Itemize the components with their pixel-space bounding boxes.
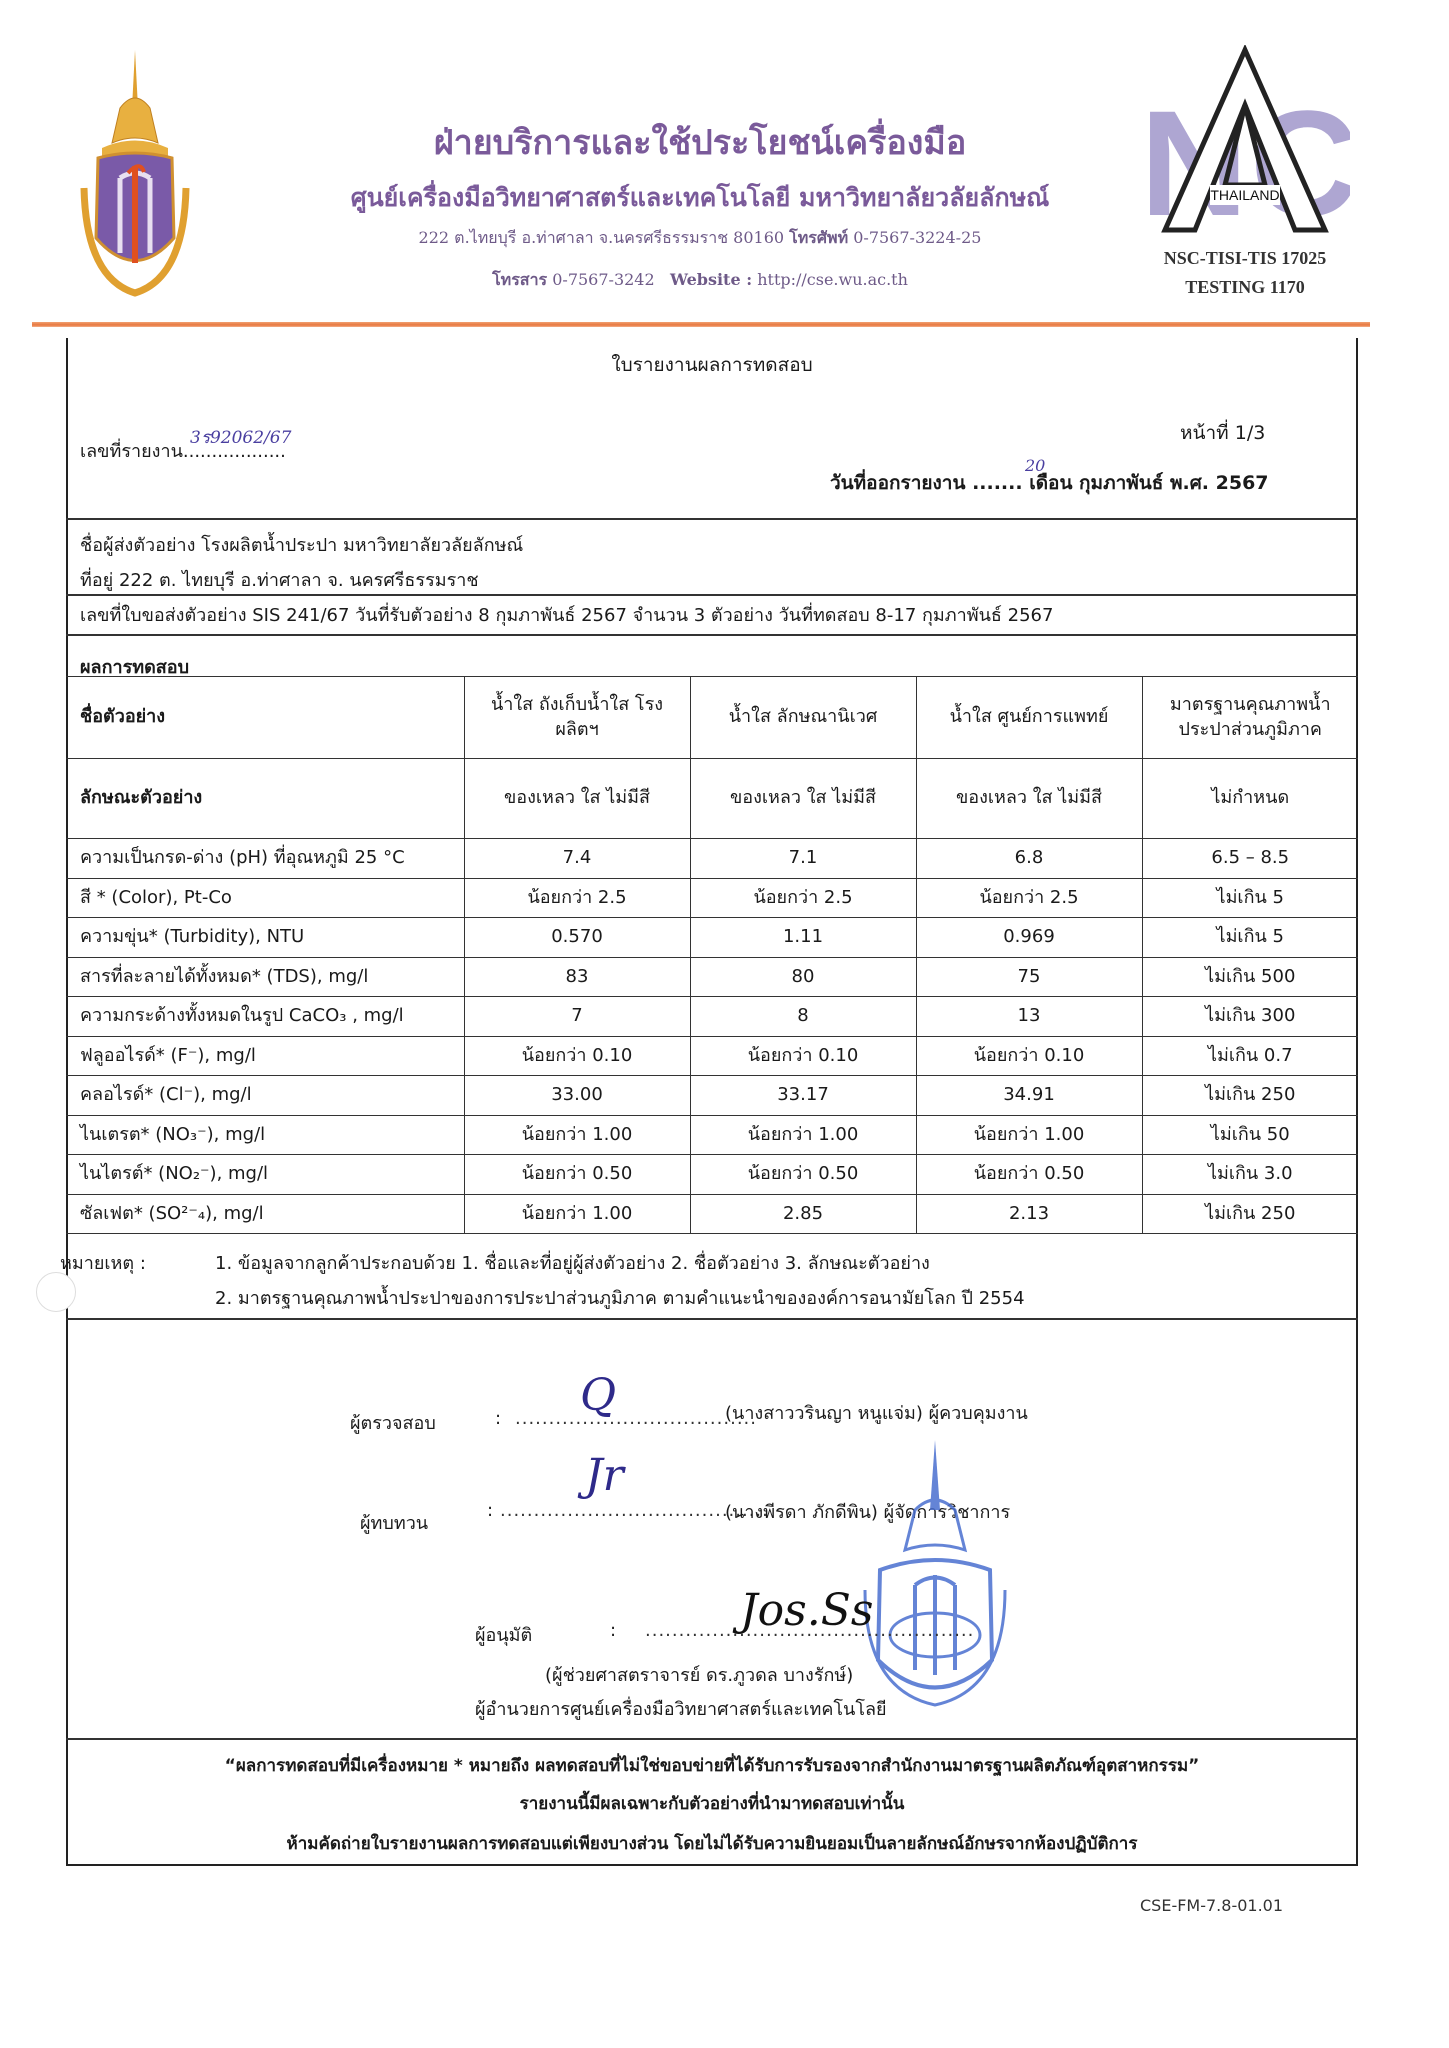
sample-2-value: 1.11 — [690, 918, 916, 958]
issue-date: วันที่ออกรายงาน ....... เดือน กุมภาพันธ์… — [830, 468, 1269, 498]
table-row: ความขุ่น* (Turbidity), NTU0.5701.110.969… — [66, 918, 1358, 958]
document-title: ใบรายงานผลการทดสอบ — [66, 350, 1358, 380]
accreditation-standard: NSC-TISI-TIS 17025 — [1120, 248, 1370, 269]
sample-3-value: น้อยกว่า 1.00 — [916, 1115, 1142, 1155]
center-contact: โทรสาร 0-7567-3242 Website : http://cse.… — [300, 268, 1100, 293]
parameter-name: ความเป็นกรด-ด่าง (pH) ที่อุณหภูมิ 25 °C — [66, 839, 464, 879]
divider — [66, 1318, 1358, 1320]
sample-3-value: น้อยกว่า 0.50 — [916, 1155, 1142, 1195]
sample-2-value: 2.85 — [690, 1194, 916, 1234]
sample-request-info: เลขที่ใบขอส่งตัวอย่าง SIS 241/67 วันที่ร… — [80, 600, 1053, 629]
header-sample-name: ชื่อตัวอย่าง — [66, 677, 464, 759]
sample-2-value: น้อยกว่า 0.10 — [690, 1036, 916, 1076]
header-standard: มาตรฐานคุณภาพน้ำ ประปาส่วนภูมิภาค — [1142, 677, 1358, 759]
sample-2-value: 8 — [690, 997, 916, 1037]
svg-text:THAILAND: THAILAND — [1210, 187, 1279, 203]
approver-role: ผู้อนุมัติ — [475, 1620, 532, 1649]
divider — [66, 634, 1358, 636]
sender-address: ที่อยู่ 222 ต. ไทยบุรี อ.ท่าศาลา จ. นครศ… — [80, 565, 479, 594]
sample-3-value: 0.969 — [916, 918, 1142, 958]
center-address: 222 ต.ไทยบุรี อ.ท่าศาลา จ.นครศรีธรรมราช … — [300, 226, 1100, 251]
approver-signature: Jos.Ss — [740, 1585, 873, 1636]
reviewer-colon: : — [487, 1500, 493, 1521]
fax-number: 0-7567-3242 — [552, 270, 654, 289]
website-label: Website : — [670, 270, 752, 289]
report-number-handwritten: 3ร92062/67 — [190, 424, 291, 451]
divider — [66, 1738, 1358, 1740]
table-header-row: ชื่อตัวอย่าง น้ำใส ถังเก็บน้ำใส โรงผลิตฯ… — [66, 677, 1358, 759]
reviewer-signature: Jr — [585, 1450, 624, 1501]
issue-day-handwritten: 20 — [1025, 456, 1045, 475]
sample-3-value: น้อยกว่า 0.10 — [916, 1036, 1142, 1076]
fax-label: โทรสาร — [492, 270, 547, 289]
nac-thailand-accreditation-icon: N C THAILAND — [1140, 45, 1350, 235]
standard-value: ไม่เกิน 250 — [1142, 1076, 1358, 1116]
sample-2-value: น้อยกว่า 1.00 — [690, 1115, 916, 1155]
header-divider — [32, 322, 1370, 327]
sample-3-value: 6.8 — [916, 839, 1142, 879]
table-row: ไนไตรต์* (NO₂⁻), mg/lน้อยกว่า 0.50น้อยกว… — [66, 1155, 1358, 1195]
punch-hole — [36, 1272, 76, 1312]
validity-note: รายงานนี้มีผลเฉพาะกับตัวอย่างที่นำมาทดสอ… — [66, 1790, 1358, 1817]
remarks-label: หมายเหตุ : — [60, 1248, 146, 1277]
approver-name: (ผู้ช่วยศาสตราจารย์ ดร.ภูวดล บางรักษ์) — [545, 1660, 853, 1689]
accreditation-note: “ผลการทดสอบที่มีเครื่องหมาย * หมายถึง ผล… — [66, 1752, 1358, 1779]
sample-1-value: 7.4 — [464, 839, 690, 879]
approver-colon: : — [610, 1620, 616, 1641]
parameter-name: ไนไตรต์* (NO₂⁻), mg/l — [66, 1155, 464, 1195]
sample-3-value: 13 — [916, 997, 1142, 1037]
phone-number: 0-7567-3224-25 — [853, 228, 981, 247]
page-value: 1/3 — [1235, 422, 1266, 444]
sample-1-value: 7 — [464, 997, 690, 1037]
sample-1-value: น้อยกว่า 1.00 — [464, 1194, 690, 1234]
parameter-name: ซัลเฟต* (SO²⁻₄), mg/l — [66, 1194, 464, 1234]
reviewer-role: ผู้ทบทวน — [360, 1508, 428, 1537]
inspector-signature: Q — [580, 1370, 616, 1421]
website-link[interactable]: http://cse.wu.ac.th — [757, 270, 908, 289]
sample-2-value: น้อยกว่า 0.50 — [690, 1155, 916, 1195]
remark-item: 2. มาตรฐานคุณภาพน้ำประปาของการประปาส่วนภ… — [215, 1283, 1025, 1312]
page-label: หน้าที่ — [1180, 422, 1229, 444]
table-row: ฟลูออไรด์* (F⁻), mg/lน้อยกว่า 0.10น้อยกว… — [66, 1036, 1358, 1076]
sample-2-value: 80 — [690, 957, 916, 997]
table-row: ความกระด้างทั้งหมดในรูป CaCO₃ , mg/l7813… — [66, 997, 1358, 1037]
sample-1-value: 83 — [464, 957, 690, 997]
header-sample-3: น้ำใส ศูนย์การแพทย์ — [916, 677, 1142, 759]
results-table: ชื่อตัวอย่าง น้ำใส ถังเก็บน้ำใส โรงผลิตฯ… — [66, 676, 1358, 1234]
accreditation-testing-no: TESTING 1170 — [1120, 277, 1370, 298]
table-row: คลอไรด์* (Cl⁻), mg/l33.0033.1734.91ไม่เก… — [66, 1076, 1358, 1116]
table-row: สารที่ละลายได้ทั้งหมด* (TDS), mg/l838075… — [66, 957, 1358, 997]
page-number: หน้าที่ 1/3 — [1180, 418, 1265, 448]
standard-value: ไม่เกิน 5 — [1142, 918, 1358, 958]
sample-3-value: 2.13 — [916, 1194, 1142, 1234]
divider — [66, 518, 1358, 520]
parameter-name: ไนเตรต* (NO₃⁻), mg/l — [66, 1115, 464, 1155]
university-crest-icon — [80, 48, 190, 298]
sample-1-value: น้อยกว่า 0.10 — [464, 1036, 690, 1076]
characteristics-sample-2: ของเหลว ใส ไม่มีสี — [690, 759, 916, 839]
sample-1-value: 33.00 — [464, 1076, 690, 1116]
sample-3-value: น้อยกว่า 2.5 — [916, 878, 1142, 918]
table-row: ซัลเฟต* (SO²⁻₄), mg/lน้อยกว่า 1.002.852.… — [66, 1194, 1358, 1234]
sample-2-value: 7.1 — [690, 839, 916, 879]
copy-restriction-note: ห้ามคัดถ่ายใบรายงานผลการทดสอบแต่เพียงบาง… — [66, 1830, 1358, 1857]
university-seal-stamp-icon — [860, 1440, 1010, 1710]
inspector-signature-line: .................................... — [515, 1408, 757, 1429]
address-text: 222 ต.ไทยบุรี อ.ท่าศาลา จ.นครศรีธรรมราช … — [419, 228, 785, 247]
standard-value: ไม่เกิน 5 — [1142, 878, 1358, 918]
inspector-name: (นางสาววรินญา หนูแจ่ม) ผู้ควบคุมงาน — [725, 1398, 1028, 1427]
sample-1-value: น้อยกว่า 1.00 — [464, 1115, 690, 1155]
inspector-colon: : — [495, 1408, 501, 1429]
table-row: สี * (Color), Pt-Coน้อยกว่า 2.5น้อยกว่า … — [66, 878, 1358, 918]
phone-label: โทรศัพท์ — [789, 228, 848, 247]
standard-value: ไม่เกิน 250 — [1142, 1194, 1358, 1234]
parameter-name: ความขุ่น* (Turbidity), NTU — [66, 918, 464, 958]
parameter-name: สารที่ละลายได้ทั้งหมด* (TDS), mg/l — [66, 957, 464, 997]
standard-value: ไม่เกิน 300 — [1142, 997, 1358, 1037]
inspector-role: ผู้ตรวจสอบ — [350, 1408, 436, 1437]
characteristics-label: ลักษณะตัวอย่าง — [66, 759, 464, 839]
parameter-name: คลอไรด์* (Cl⁻), mg/l — [66, 1076, 464, 1116]
sender-name: ชื่อผู้ส่งตัวอย่าง โรงผลิตน้ำประปา มหาวิ… — [80, 530, 523, 559]
standard-value: ไม่เกิน 50 — [1142, 1115, 1358, 1155]
standard-value: 6.5 – 8.5 — [1142, 839, 1358, 879]
sample-1-value: 0.570 — [464, 918, 690, 958]
sample-3-value: 34.91 — [916, 1076, 1142, 1116]
standard-value: ไม่เกิน 0.7 — [1142, 1036, 1358, 1076]
header-sample-1: น้ำใส ถังเก็บน้ำใส โรงผลิตฯ — [464, 677, 690, 759]
sample-2-value: น้อยกว่า 2.5 — [690, 878, 916, 918]
characteristics-standard: ไม่กำหนด — [1142, 759, 1358, 839]
table-row: ความเป็นกรด-ด่าง (pH) ที่อุณหภูมิ 25 °C7… — [66, 839, 1358, 879]
sample-1-value: น้อยกว่า 0.50 — [464, 1155, 690, 1195]
header-sample-2: น้ำใส ลักษณานิเวศ — [690, 677, 916, 759]
parameter-name: ฟลูออไรด์* (F⁻), mg/l — [66, 1036, 464, 1076]
approver-title: ผู้อำนวยการศูนย์เครื่องมือวิทยาศาสตร์และ… — [475, 1694, 887, 1723]
table-row: ไนเตรต* (NO₃⁻), mg/lน้อยกว่า 1.00น้อยกว่… — [66, 1115, 1358, 1155]
standard-value: ไม่เกิน 3.0 — [1142, 1155, 1358, 1195]
center-title: ศูนย์เครื่องมือวิทยาศาสตร์และเทคโนโลยี ม… — [300, 178, 1100, 218]
characteristics-sample-3: ของเหลว ใส ไม่มีสี — [916, 759, 1142, 839]
divider — [66, 594, 1358, 596]
parameter-name: สี * (Color), Pt-Co — [66, 878, 464, 918]
sample-3-value: 75 — [916, 957, 1142, 997]
parameter-name: ความกระด้างทั้งหมดในรูป CaCO₃ , mg/l — [66, 997, 464, 1037]
standard-value: ไม่เกิน 500 — [1142, 957, 1358, 997]
sample-1-value: น้อยกว่า 2.5 — [464, 878, 690, 918]
department-title: ฝ่ายบริการและใช้ประโยชน์เครื่องมือ — [300, 115, 1100, 169]
remark-item: 1. ข้อมูลจากลูกค้าประกอบด้วย 1. ชื่อและท… — [215, 1248, 930, 1277]
characteristics-sample-1: ของเหลว ใส ไม่มีสี — [464, 759, 690, 839]
form-code: CSE-FM-7.8-01.01 — [1140, 1896, 1283, 1915]
sample-2-value: 33.17 — [690, 1076, 916, 1116]
sample-characteristics-row: ลักษณะตัวอย่าง ของเหลว ใส ไม่มีสี ของเหล… — [66, 759, 1358, 839]
